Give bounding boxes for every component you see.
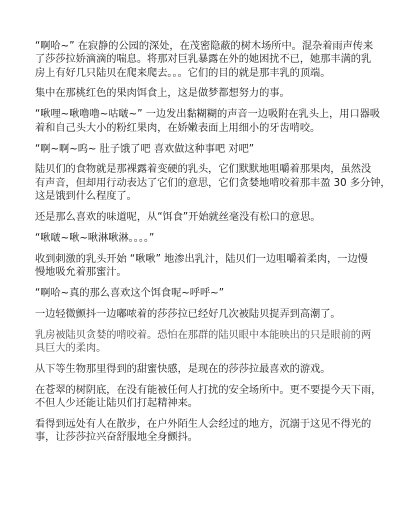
text-line: 这是饿到什么程度了。	[35, 190, 375, 203]
text-line: “啊哈~真的那么喜欢这个饵食呢~呼呼~”	[35, 287, 375, 300]
text-line: 在苍翠的树阴底，在没有能被任何人打扰的安全场所中。更不要提今天下雨，	[35, 384, 375, 397]
text-line: 集中在那桃红色的果肉饵食上，这是做梦都想努力的事。	[35, 87, 375, 100]
paragraph: “啊哈~” 在寂静的公园的深处，在茂密隐蔽的树木场所中。混杂着雨声传来 了莎莎拉…	[35, 40, 375, 80]
paragraph: “啾哩~啾噜噜~咕啵~” 一边发出黏糊糊的声音一边吸附在乳头上，用口器吸 着和自…	[35, 108, 375, 135]
text-line: 不但人少还能让陆贝们打起精神来。	[35, 397, 375, 410]
text-line: 从下等生物那里得到的甜蜜快感，是现在的莎莎拉最喜欢的游戏。	[35, 363, 375, 376]
text-line: 陆贝们的食物就是那裸露着变硬的乳头，它们默默地咀嚼着那果肉，虽然没	[35, 163, 375, 176]
text-line: 房上有好几只陆贝在爬来爬去。。。它们的目的就是那丰乳的顶端。	[35, 67, 375, 80]
text-line: 收到刺激的乳头开始 “啾啾” 地渗出乳汁，陆贝们一边咀嚼着柔肉，一边慢	[35, 253, 375, 266]
paragraph: 还是那么喜欢的味道呢，从“饵食”开始就丝毫没有松口的意思。	[35, 211, 375, 224]
paragraph: 从下等生物那里得到的甜蜜快感，是现在的莎莎拉最喜欢的游戏。	[35, 363, 375, 376]
paragraph: 乳房被陆贝贪婪的啃咬着。恐怕在那群的陆贝眼中本能映出的只是眼前的两 具巨大的柔肉…	[35, 329, 375, 356]
paragraph: 在苍翠的树阴底，在没有能被任何人打扰的安全场所中。更不要提今天下雨， 不但人少还…	[35, 384, 375, 411]
paragraph: 一边轻微颤抖一边嘟哝着的莎莎拉已经好几次被陆贝捉弄到高潮了。	[35, 308, 375, 321]
text-line: “啾啵~啾~啾淋啾淋。。。。”	[35, 232, 375, 245]
text-line: “啾哩~啾噜噜~咕啵~” 一边发出黏糊糊的声音一边吸附在乳头上，用口器吸	[35, 108, 375, 121]
text-line: 还是那么喜欢的味道呢，从“饵食”开始就丝毫没有松口的意思。	[35, 211, 375, 224]
paragraph: 收到刺激的乳头开始 “啾啾” 地渗出乳汁，陆贝们一边咀嚼着柔肉，一边慢 慢地吸允…	[35, 253, 375, 280]
paragraph: 陆贝们的食物就是那裸露着变硬的乳头，它们默默地咀嚼着那果肉，虽然没 有声音，但却…	[35, 163, 375, 203]
text-line: 着和自己头大小的粉红果肉，在娇嫩表面上用细小的牙齿啃咬。	[35, 122, 375, 135]
text-line: 看得到远处有人在散步，在户外陌生人会经过的地方，沉溺于这见不得光的	[35, 418, 375, 431]
text-line: “啊哈~” 在寂静的公园的深处，在茂密隐蔽的树木场所中。混杂着雨声传来	[35, 40, 375, 53]
text-line: 乳房被陆贝贪婪的啃咬着。恐怕在那群的陆贝眼中本能映出的只是眼前的两	[35, 329, 375, 342]
text-line: 慢地吸允着那蜜汁。	[35, 266, 375, 279]
paragraph: 集中在那桃红色的果肉饵食上，这是做梦都想努力的事。	[35, 87, 375, 100]
text-line: 有声音，但却用行动表达了它们的意思，它们贪婪地啃咬着那丰盈 30 多分钟，	[35, 177, 375, 190]
paragraph: 看得到远处有人在散步，在户外陌生人会经过的地方，沉溺于这见不得光的 事，让莎莎拉…	[35, 418, 375, 445]
text-line: 一边轻微颤抖一边嘟哝着的莎莎拉已经好几次被陆贝捉弄到高潮了。	[35, 308, 375, 321]
paragraph: “啊~啊~呜~ 肚子饿了吧 喜欢做这种事吧 对吧”	[35, 143, 375, 156]
text-line: “啊~啊~呜~ 肚子饿了吧 喜欢做这种事吧 对吧”	[35, 143, 375, 156]
text-line: 具巨大的柔肉。	[35, 342, 375, 355]
document-page: “啊哈~” 在寂静的公园的深处，在茂密隐蔽的树木场所中。混杂着雨声传来 了莎莎拉…	[35, 40, 375, 445]
text-line: 了莎莎拉娇滴滴的喘息。将那对巨乳暴露在外的她困扰不已，她那丰满的乳	[35, 53, 375, 66]
text-line: 事，让莎莎拉兴奋舒服地全身颤抖。	[35, 431, 375, 444]
paragraph: “啾啵~啾~啾淋啾淋。。。。”	[35, 232, 375, 245]
paragraph: “啊哈~真的那么喜欢这个饵食呢~呼呼~”	[35, 287, 375, 300]
